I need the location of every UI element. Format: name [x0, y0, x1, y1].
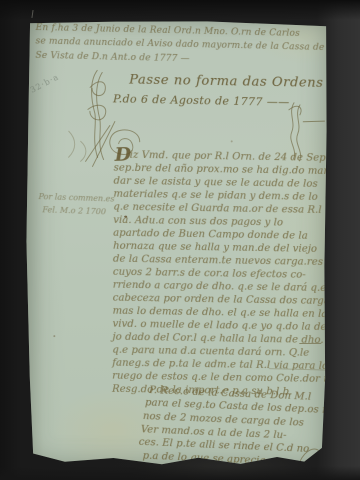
ink-fleck — [53, 335, 55, 337]
body-line: faneg.s de p.ta le adm.e tal R.l via par… — [112, 358, 328, 372]
body-line: ruego de estos q.e le den como Cole.dor … — [112, 371, 336, 386]
body-line: mas lo demas de dho. el q.e se halla en … — [112, 306, 327, 320]
body-line: apartado de Buen Campo donde de la — [113, 228, 308, 242]
body-line: via. Adu.a con sus dos pagos y lo — [113, 215, 283, 229]
paper-fiber — [31, 10, 33, 18]
pen-dash — [303, 121, 325, 123]
header-line: Se Vista de D.n Ant.o de 1777 — — [35, 51, 190, 64]
decree-line: Passe no forma das Ordens V.ra — [129, 72, 356, 91]
body-line: sep.bre del año prox.mo se ha dig.do man… — [113, 163, 333, 177]
margin-note-line: Fel. M.o 2 1700 — [42, 205, 106, 216]
body-line: cabeceza por orden de la Cassa dos carga… — [113, 293, 336, 307]
body-line: q.e para una d.a cuenta dará orn. Q.le — [112, 345, 309, 359]
body-line: hornaza que se halla y man.de del viejo — [113, 241, 317, 255]
body-line: rriendo a cargo de dho. q.e se le dará q… — [113, 280, 327, 294]
closing-line: p.a de lo que se aprecia. — [142, 451, 269, 467]
body-line: cuyos 2 barr.s de cor.a los efectos co- — [113, 267, 306, 281]
body-line: dar se le asista y que se le acuda de lo… — [113, 176, 317, 190]
manuscript-page: 32·b·a En f.ha 3 de Junio de la Real Ord… — [22, 17, 328, 468]
body-line: jo dado del Cor.l q.e halla la lana de d… — [112, 332, 323, 346]
margin-note-line: Por las commen.es — [38, 192, 114, 204]
pencil-shelfmark: 32·b·a — [29, 72, 61, 94]
body-line: q.e necesite el Guarda ma.or de essa R.l — [113, 202, 321, 216]
manuscript-photo: 32·b·a En f.ha 3 de Junio de la Real Ord… — [0, 0, 360, 480]
pen-flourish-crescents — [65, 127, 95, 167]
body-line: vivd. o muelle de el lado q.e yo q.do la… — [112, 319, 330, 333]
body-line: de la Cassa enteram.te nuevos carga.res — [113, 254, 323, 268]
body-line: iz Vmd. que por R.l Orn. de 24 de Sep.re — [130, 150, 340, 164]
ink-fleck — [231, 140, 233, 142]
signature-rubric — [294, 437, 342, 473]
ink-underline — [299, 343, 321, 344]
ink-fleck — [124, 216, 127, 218]
decree-line: P.do 6 de Agosto de 1777 —— — [113, 92, 290, 109]
body-line: materiales q.e se le pidan y dem.s de lo — [113, 189, 318, 203]
